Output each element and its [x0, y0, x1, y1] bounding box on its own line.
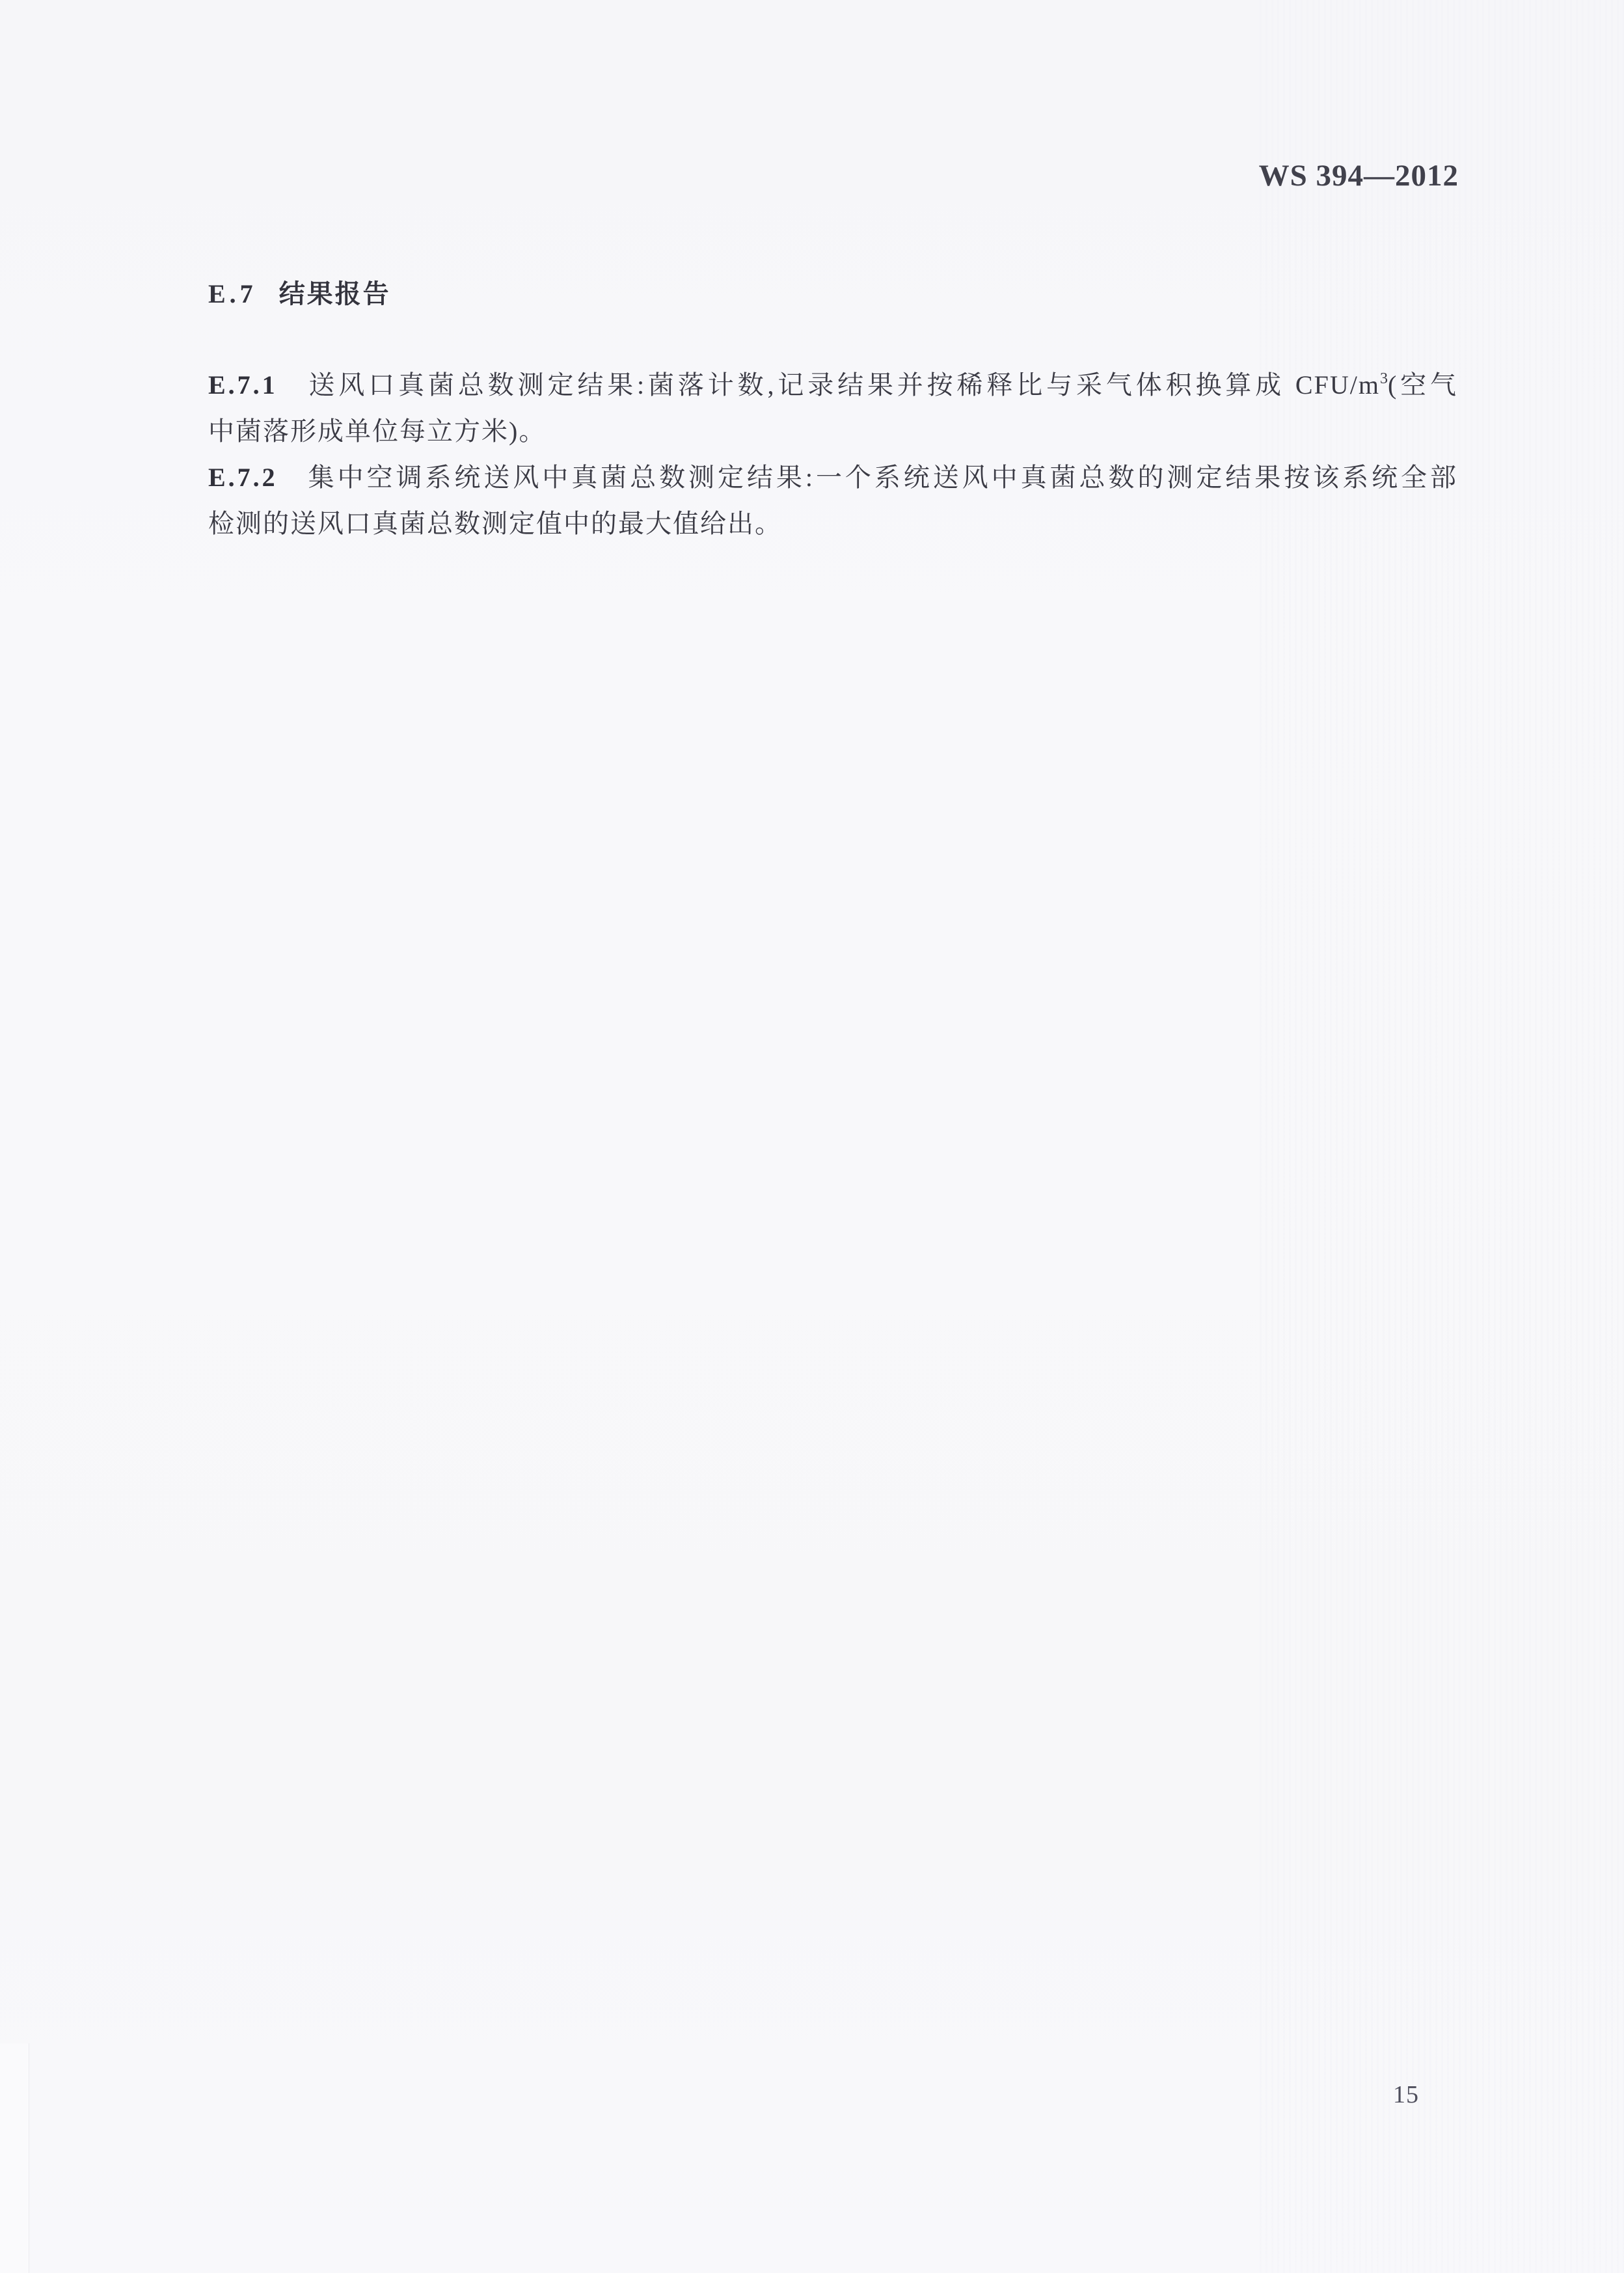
- scan-noise-overlay: [1260, 0, 1624, 2273]
- cubic-meter-superscript: 3: [1380, 370, 1388, 387]
- standard-number-header: WS 394—2012: [1259, 161, 1459, 191]
- clause-e71: E.7.1送风口真菌总数测定结果:菌落计数,记录结果并按稀释比与采气体积换算成 …: [208, 362, 1457, 454]
- paper-edge-artifact: [0, 2043, 29, 2273]
- clause-e71-text-after-sup: (空气: [1388, 370, 1457, 400]
- section-heading: E.7结果报告: [208, 281, 391, 307]
- clause-e72: E.7.2集中空调系统送风中真菌总数测定结果:一个系统送风中真菌总数的测定结果按…: [208, 454, 1457, 547]
- clause-e71-number: E.7.1: [208, 370, 278, 400]
- clause-body: E.7.1送风口真菌总数测定结果:菌落计数,记录结果并按稀释比与采气体积换算成 …: [208, 362, 1457, 547]
- page-number: 15: [1393, 2082, 1419, 2107]
- clause-e72-line2: 检测的送风口真菌总数测定值中的最大值给出。: [208, 500, 1457, 547]
- clause-e71-line1: E.7.1送风口真菌总数测定结果:菌落计数,记录结果并按稀释比与采气体积换算成 …: [208, 362, 1457, 408]
- clause-e72-text: 集中空调系统送风中真菌总数测定结果:一个系统送风中真菌总数的测定结果按该系统全部: [306, 463, 1457, 492]
- clause-e71-text-before-sup: 送风口真菌总数测定结果:菌落计数,记录结果并按稀释比与采气体积换算成 CFU/m: [306, 370, 1380, 400]
- clause-e72-line1: E.7.2集中空调系统送风中真菌总数测定结果:一个系统送风中真菌总数的测定结果按…: [208, 454, 1457, 500]
- clause-e72-number: E.7.2: [208, 463, 278, 492]
- scanned-document-page: WS 394—2012 E.7结果报告 E.7.1送风口真菌总数测定结果:菌落计…: [0, 0, 1624, 2273]
- clause-e71-line2: 中菌落形成单位每立方米)。: [208, 408, 1457, 454]
- section-number: E.7: [208, 279, 257, 308]
- section-title: 结果报告: [279, 280, 391, 308]
